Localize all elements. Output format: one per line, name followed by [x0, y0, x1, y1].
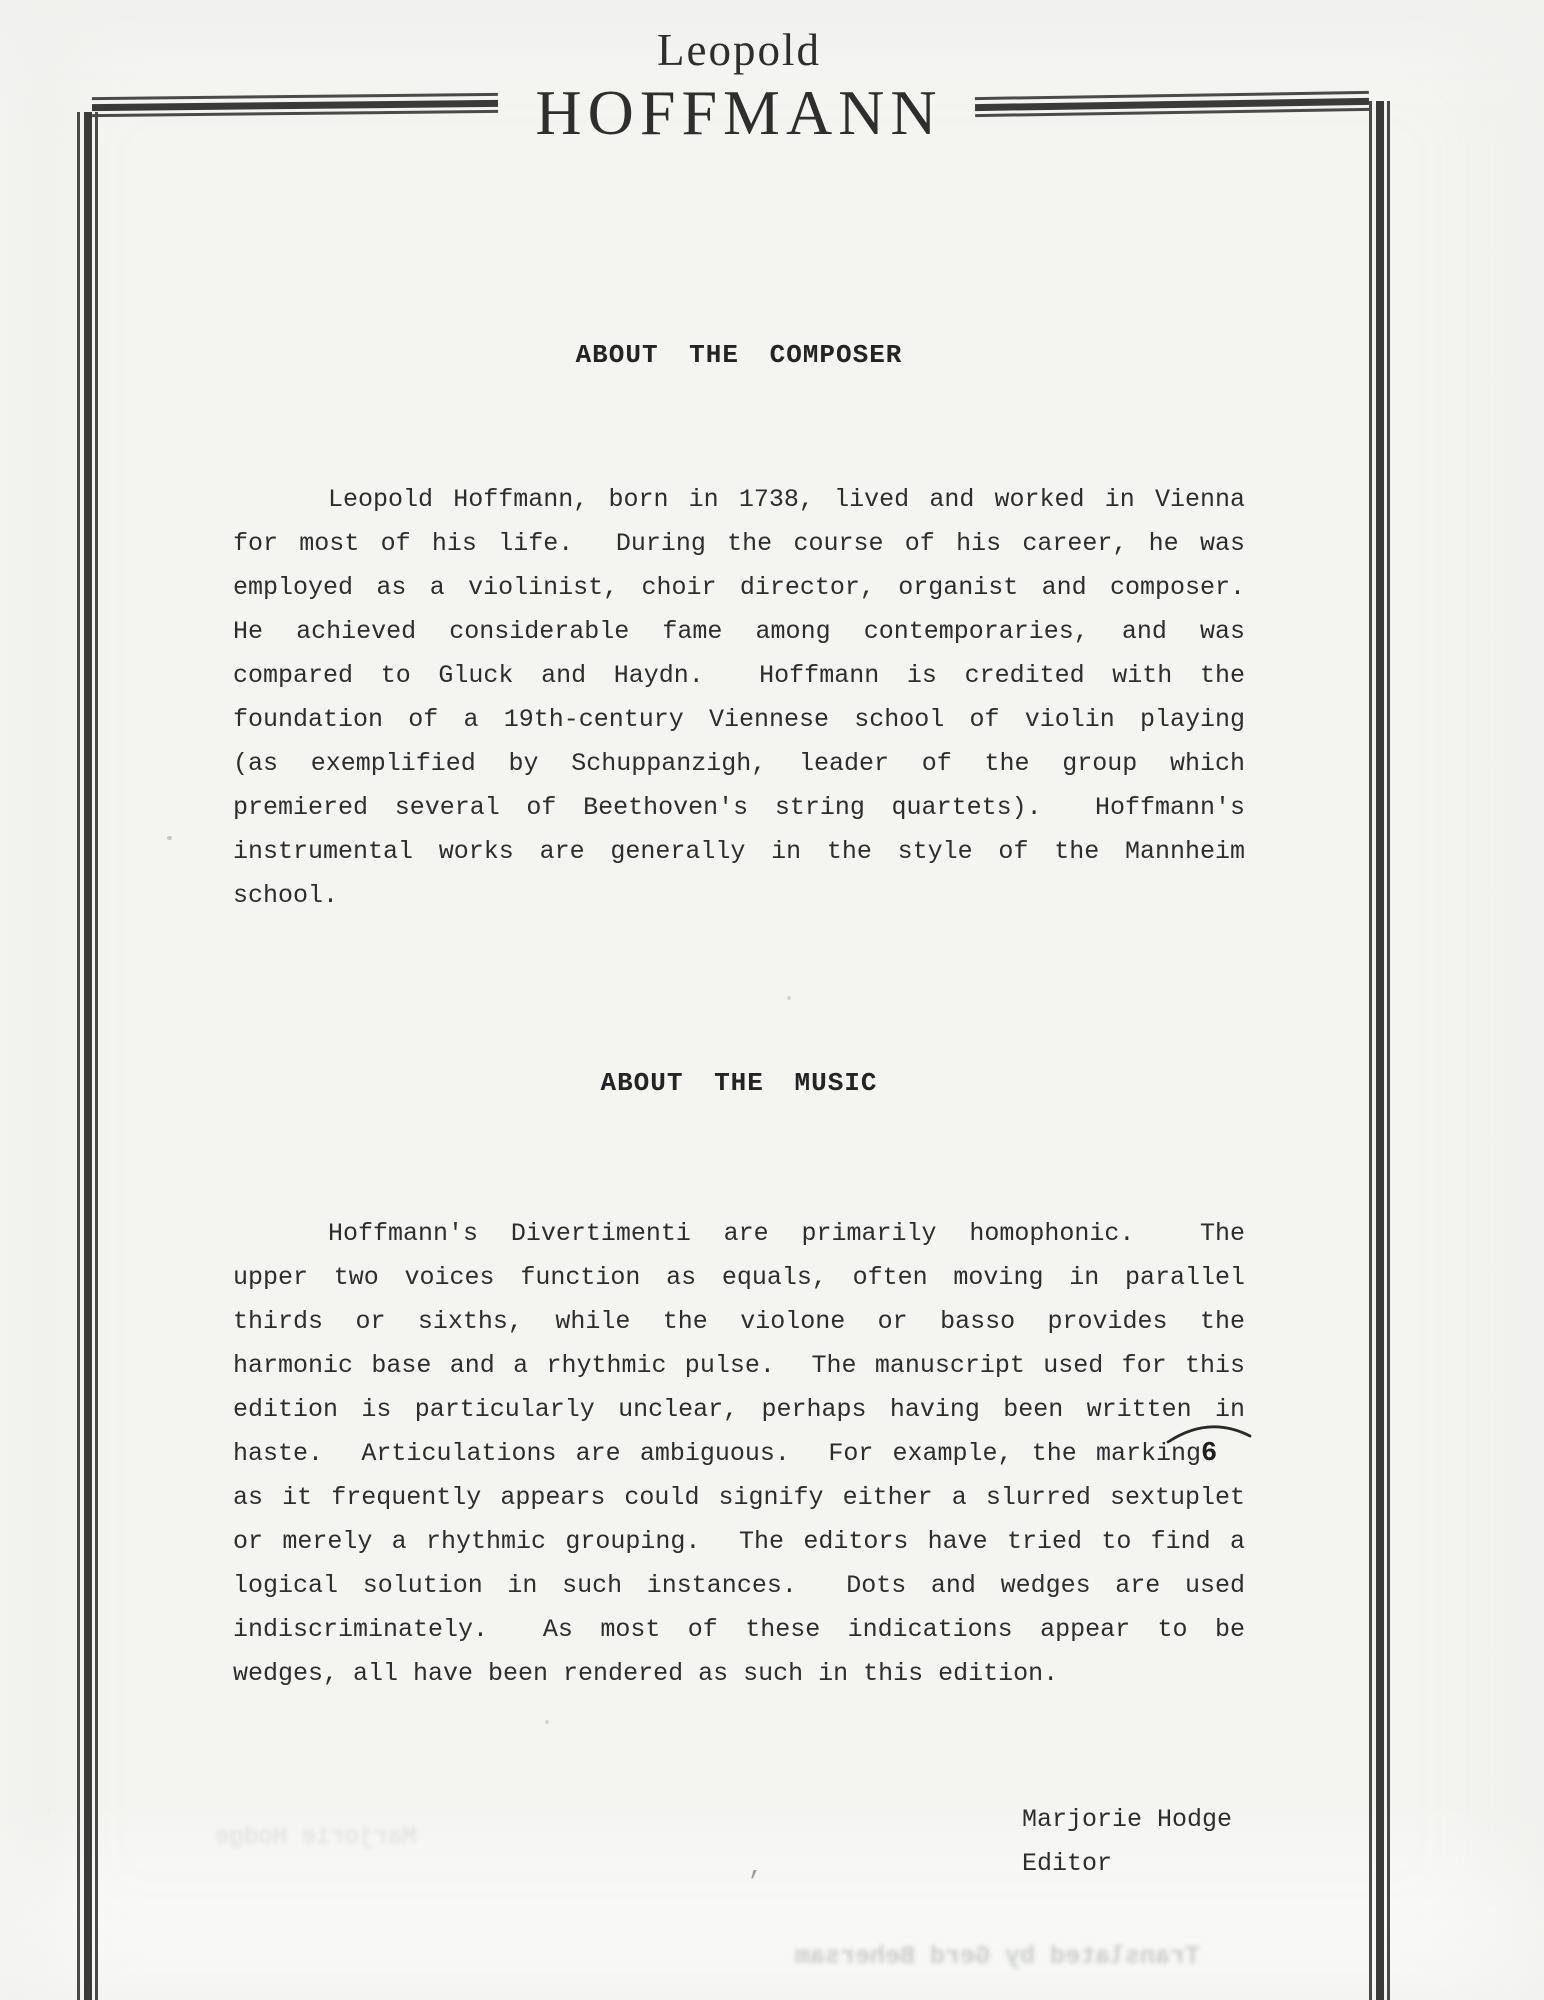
paragraph-line: (as exemplified by Schuppanzigh, leader …: [233, 742, 1245, 786]
paragraph-line: or merely a rhythmic grouping. The edito…: [233, 1520, 1245, 1564]
paragraph-line: school.: [233, 874, 1245, 918]
paragraph-line: harmonic base and a rhythmic pulse. The …: [233, 1344, 1245, 1388]
paragraph-line: logical solution in such instances. Dots…: [233, 1564, 1245, 1608]
paragraph-line: haste. Articulations are ambiguous. For …: [233, 1432, 1245, 1476]
paragraph-line: upper two voices function as equals, oft…: [233, 1256, 1245, 1300]
about-composer-paragraph: Leopold Hoffmann, born in 1738, lived an…: [233, 478, 1245, 918]
sextuplet-marking: 6: [1201, 1432, 1245, 1476]
section-heading-about-music: ABOUT THE MUSIC: [233, 1068, 1245, 1098]
paragraph-line: indiscriminately. As most of these indic…: [233, 1608, 1245, 1652]
paragraph-line: for most of his life. During the course …: [233, 522, 1245, 566]
paragraph-line: Hoffmann's Divertimenti are primarily ho…: [233, 1212, 1245, 1256]
section-heading-about-composer: ABOUT THE COMPOSER: [233, 340, 1245, 370]
frame-top-rule-left: [92, 93, 498, 118]
composer-first-name-title: Leopold: [657, 24, 821, 76]
signature-name: Marjorie Hodge: [1022, 1798, 1232, 1842]
scan-speck: [787, 996, 791, 1000]
scanned-document-page: { "header": { "title_line1": "Leopold", …: [0, 0, 1544, 2000]
paragraph-line: instrumental works are generally in the …: [233, 830, 1245, 874]
paragraph-line: employed as a violinist, choir director,…: [233, 566, 1245, 610]
frame-right-rule: [1369, 101, 1390, 2000]
paper-background: [0, 0, 1544, 2000]
paragraph-line: He achieved considerable fame among cont…: [233, 610, 1245, 654]
paragraph-line: Leopold Hoffmann, born in 1738, lived an…: [233, 478, 1245, 522]
line-text: haste. Articulations are ambiguous. For …: [233, 1439, 1201, 1468]
signature-block: Marjorie Hodge Editor: [1022, 1798, 1232, 1886]
composer-last-name-title: HOFFMANN: [535, 76, 942, 150]
paragraph-line: compared to Gluck and Haydn. Hoffmann is…: [233, 654, 1245, 698]
signature-role: Editor: [1022, 1842, 1232, 1886]
paragraph-line: edition is particularly unclear, perhaps…: [233, 1388, 1245, 1432]
bleed-through-text: Marjorie Hodge: [215, 1824, 417, 1851]
stray-comma-artifact: ,: [748, 1852, 764, 1882]
paragraph-line: foundation of a 19th-century Viennese sc…: [233, 698, 1245, 742]
slur-arc-icon: [1165, 1418, 1253, 1446]
frame-left-rule: [77, 112, 98, 2000]
paragraph-line: wedges, all have been rendered as such i…: [233, 1652, 1245, 1696]
paragraph-line: as it frequently appears could signify e…: [233, 1476, 1245, 1520]
scan-speck: [167, 836, 172, 840]
bleed-through-text: Translated by Gerd Behersam: [800, 1942, 1200, 1971]
scan-speck: [545, 1720, 549, 1724]
about-music-paragraph: Hoffmann's Divertimenti are primarily ho…: [233, 1212, 1245, 1696]
paragraph-line: premiered several of Beethoven's string …: [233, 786, 1245, 830]
paragraph-line: thirds or sixths, while the violone or b…: [233, 1300, 1245, 1344]
